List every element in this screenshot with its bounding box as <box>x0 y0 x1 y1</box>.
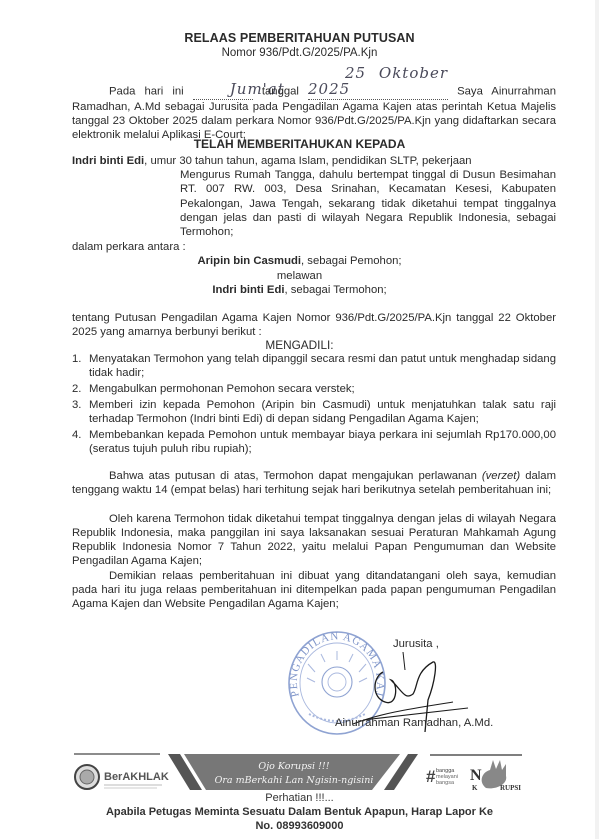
signature-block: PENGADILAN AGAMA KAJEN Jurusita , Ainurr… <box>285 628 545 738</box>
termohon-name-2: Indri binti Edi <box>212 284 284 296</box>
svg-text:BerAKHLAK: BerAKHLAK <box>104 771 169 783</box>
notified-heading: TELAH MEMBERITAHUKAN KEPADA <box>0 137 599 151</box>
scan-edge <box>595 0 599 839</box>
handwritten-date: 25 Oktober 2025 <box>308 66 448 100</box>
termohon-name: Indri binti Edi <box>72 155 144 167</box>
no-korupsi-logo-icon: N K RUPSI <box>470 760 521 792</box>
court-notice-document: RELAAS PEMBERITAHUAN PUTUSAN Nomor 936/P… <box>0 0 599 839</box>
verdict-list: 1.Menyatakan Termohon yang telah dipangg… <box>72 352 556 458</box>
svg-text:K: K <box>472 784 478 792</box>
svg-text:Ojo Korupsi !!!: Ojo Korupsi !!! <box>258 761 329 772</box>
termohon-details: Mengurus Rumah Tangga, dahulu bertempat … <box>180 168 556 239</box>
verdict-item: 2.Mengabulkan permohonan Pemohon secara … <box>72 382 556 396</box>
case-between-label: dalam perkara antara : <box>72 240 556 254</box>
opening-paragraph: Pada hari ini Jum'at tanggal 25 Oktober … <box>72 66 556 142</box>
mengadili-heading: MENGADILI: <box>0 338 599 352</box>
verdict-item: 4.Membebankan kepada Pemohon untuk memba… <box>72 428 556 456</box>
announcement-paragraph: Oleh karena Termohon tidak diketahui tem… <box>72 512 556 568</box>
footer-warning: Perhatian !!!... <box>0 792 599 804</box>
svg-text:bangsa: bangsa <box>436 780 455 786</box>
document-number: Nomor 936/Pdt.G/2025/PA.Kjn <box>0 47 599 59</box>
verdict-item: 1.Menyatakan Termohon yang telah dipangg… <box>72 352 556 380</box>
parties-block: Aripin bin Casmudi, sebagai Pemohon; mel… <box>0 254 599 298</box>
handwritten-day: Jum'at <box>193 82 253 99</box>
versus-label: melawan <box>0 269 599 284</box>
closing-paragraph: Demikian relaas pemberitahuan ini dibuat… <box>72 569 556 611</box>
notified-party: Indri binti Edi, umur 30 tahun tahun, ag… <box>72 154 556 254</box>
footer-instruction: Apabila Petugas Meminta Sesuatu Dalam Be… <box>0 806 599 818</box>
verdict-item: 3.Memberi izin kepada Pemohon (Aripin bi… <box>72 398 556 426</box>
verzet-paragraph: Bahwa atas putusan di atas, Termohon dap… <box>72 469 556 497</box>
footer-phone: No. 08993609000 <box>0 820 599 832</box>
pemohon-name: Aripin bin Casmudi <box>197 255 301 267</box>
svg-text:RUPSI: RUPSI <box>500 784 521 792</box>
decision-intro: tentang Putusan Pengadilan Agama Kajen N… <box>72 311 556 339</box>
signer-name: Ainurrahman Ramadhan, A.Md. <box>335 717 493 729</box>
court-logo-icon <box>75 765 99 789</box>
anti-corruption-banner: BerAKHLAK Ojo Korupsi !!! Ora mBerkahi L… <box>72 752 524 794</box>
svg-text:#: # <box>426 767 436 786</box>
svg-text:N: N <box>470 767 482 784</box>
signer-role: Jurusita , <box>393 638 439 650</box>
svg-text:Ora mBerkahi Lan Ngisin-ngisin: Ora mBerkahi Lan Ngisin-ngisini <box>215 775 374 786</box>
document-title: RELAAS PEMBERITAHUAN PUTUSAN <box>0 31 599 45</box>
